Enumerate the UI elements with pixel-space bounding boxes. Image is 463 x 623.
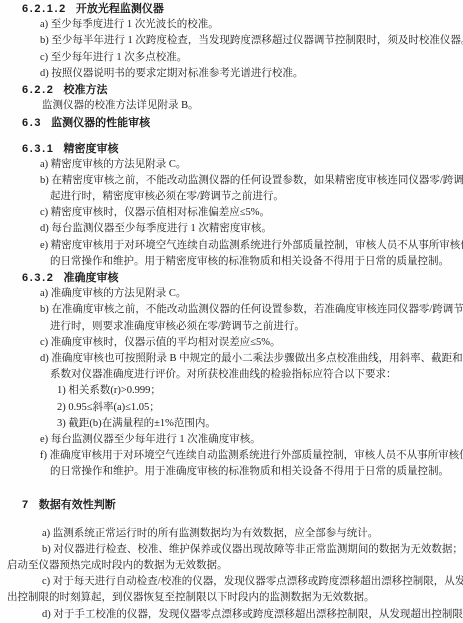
text-line: 进行时，则要求准确度审核必须在零/跨调节之前进行。 xyxy=(50,319,463,335)
text-line: e) 精密度审核用于对环境空气连续自动监测系统进行外部质量控制，审核人员不从事所… xyxy=(40,238,463,254)
section-title: 准确度审核 xyxy=(63,272,118,284)
section-number: 7 xyxy=(22,499,30,511)
section-heading-6-3-1: 6.3.1精密度审核 xyxy=(22,141,463,157)
text-line: d) 按照仪器说明书的要求定期对标准参考光谱进行校准。 xyxy=(40,66,463,82)
section-number: 6.2.1.2 xyxy=(22,3,67,15)
text-line: a) 精密度审核的方法见附录 C。 xyxy=(40,157,463,173)
section-heading-6-2-1-2: 6.2.1.2开放光程监测仪器 xyxy=(22,1,463,17)
text-line: d) 准确度审核也可按照附录 B 中规定的最小二乘法步骤做出多点校准曲线，用斜率… xyxy=(40,351,463,367)
text-line: 3) 截距(b)在满量程的±1%范围内。 xyxy=(57,416,463,432)
section-heading-6-3-2: 6.3.2准确度审核 xyxy=(22,270,463,286)
section-heading-6-2-2: 6.2.2校准方法 xyxy=(22,82,463,98)
section-number: 6.3.2 xyxy=(22,272,54,284)
text-line: f) 准确度审核用于对环境空气连续自动监测系统进行外部质量控制，审核人员不从事所… xyxy=(40,448,463,464)
text-line: a) 准确度审核的方法见附录 C。 xyxy=(40,286,463,302)
text-line: 系数对仪器准确度进行评价。对所获校准曲线的检验指标应符合以下要求： xyxy=(50,367,463,383)
document-body: 6.2.1.2开放光程监测仪器a) 至少每季度进行 1 次光波长的校准。b) 至… xyxy=(0,1,463,623)
text-line: 1) 相关系数(r)>0.999； xyxy=(57,383,463,399)
section-number: 6.2.2 xyxy=(22,84,54,96)
text-line: b) 在精密度审核之前，不能改动监测仪器的任何设置参数，如果精密度审核连同仪器零… xyxy=(40,173,463,189)
text-line: a) 至少每季度进行 1 次光波长的校准。 xyxy=(40,17,463,33)
text-line: 监测仪器的校准方法详见附录 B。 xyxy=(42,98,463,114)
text-line: 2) 0.95≤斜率(a)≤1.05； xyxy=(57,400,463,416)
text-line: d) 每台监测仪器至少每季度进行 1 次精密度审核。 xyxy=(40,221,463,237)
section-title: 监测仪器的性能审核 xyxy=(51,117,150,129)
text-line: b) 在准确度审核之前，不能改动监测仪器的任何设置参数，若准确度审核连同仪器零/… xyxy=(40,302,463,318)
text-line: d) 对于手工校准的仪器，发现仪器零点漂移或跨度漂移超出漂移控制限，从发现超出控… xyxy=(42,607,463,623)
text-line: c) 对于每天进行自动检查/校准的仪器，发现仪器零点漂移或跨度漂移超出漂移控制限… xyxy=(42,574,463,590)
section-number: 6.3.1 xyxy=(22,143,54,155)
text-line: 的日常操作和维护。用于准确度审核的标准物质和相关设备不得用于日常的质量控制。 xyxy=(50,464,463,480)
section-number: 6.3 xyxy=(22,117,42,129)
text-line: 的日常操作和维护。用于精密度审核的标准物质和相关设备不得用于日常的质量控制。 xyxy=(50,254,463,270)
section-title: 开放光程监测仪器 xyxy=(76,3,164,15)
section-heading-6-3: 6.3监测仪器的性能审核 xyxy=(22,115,463,131)
text-line: c) 精密度审核时，仪器示值相对标准偏差应≤5%。 xyxy=(40,205,463,221)
section-title: 精密度审核 xyxy=(63,143,118,155)
text-line: b) 对仪器进行检查、校准、维护保养或仪器出现故障等非正常监测期间的数据为无效数… xyxy=(42,542,463,558)
text-line: 启动至仪器预热完成时段内的数据为无效数据。 xyxy=(7,558,463,574)
text-line: c) 至少每年进行 1 次多点校准。 xyxy=(40,50,463,66)
text-line: c) 准确度审核时，仪器示值的平均相对误差应≤5%。 xyxy=(40,335,463,351)
text-line: e) 每台监测仪器至少每年进行 1 次准确度审核。 xyxy=(40,432,463,448)
document-page: 6.2.1.2开放光程监测仪器a) 至少每季度进行 1 次光波长的校准。b) 至… xyxy=(0,0,463,623)
section-title: 数据有效性判断 xyxy=(39,499,116,511)
section-heading-7: 7数据有效性判断 xyxy=(22,497,463,513)
text-line: 起进行时，精密度审核必须在零/跨调节之前进行。 xyxy=(50,189,463,205)
text-line: b) 至少每半年进行 1 次跨度检查，当发现跨度漂移超过仪器调节控制限时，须及时… xyxy=(40,33,463,49)
text-line: 出控制限的时刻算起，到仪器恢复至控制限以下时段内的监测数据为无效数据。 xyxy=(7,590,463,606)
text-line: a) 监测系统正常运行时的所有监测数据均为有效数据，应全部参与统计。 xyxy=(42,526,463,542)
section-title: 校准方法 xyxy=(63,84,107,96)
